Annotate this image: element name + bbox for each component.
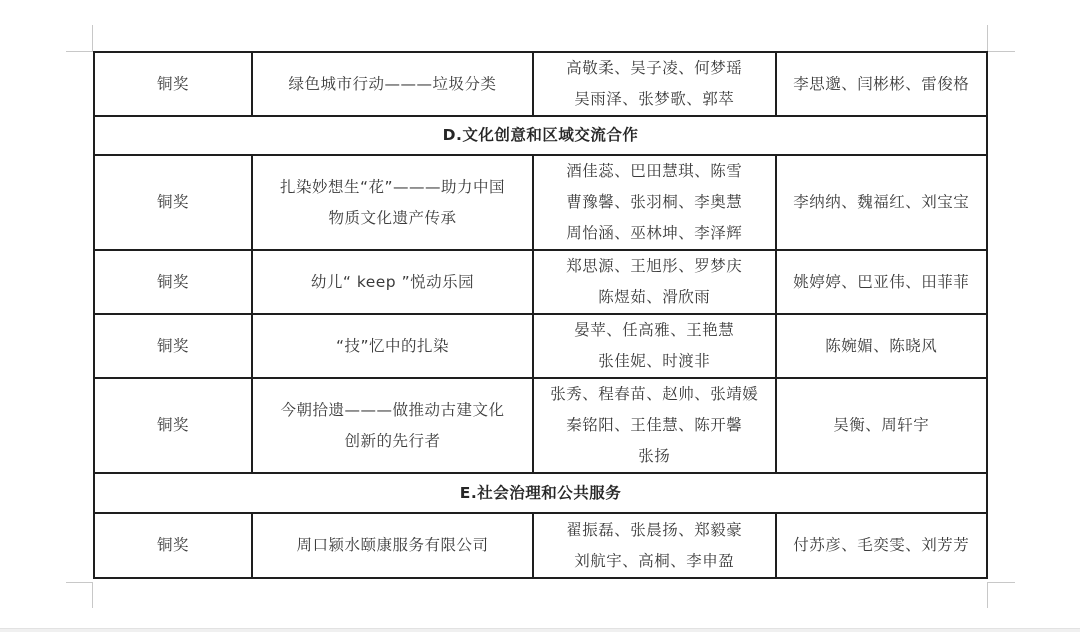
table-row: 铜奖 绿色城市行动———垃圾分类 高敬柔、吴子凌、何梦瑶 吴雨泽、张梦歌、郭萃 … xyxy=(94,52,987,116)
members-cell: 翟振磊、张晨扬、郑毅豪 刘航宇、高桐、李申盈 xyxy=(533,513,776,578)
crop-mark-bottom-left-horizontal xyxy=(66,582,93,583)
crop-mark-top-right-horizontal xyxy=(988,51,1015,52)
award-cell: 铜奖 xyxy=(94,155,252,250)
section-header-row: E.社会治理和公共服务 xyxy=(94,473,987,513)
table-row: 铜奖 幼儿“ keep ”悦动乐园 郑思源、王旭彤、罗梦庆 陈煜茹、滑欣雨 姚婷… xyxy=(94,250,987,314)
awards-table: 铜奖 绿色城市行动———垃圾分类 高敬柔、吴子凌、何梦瑶 吴雨泽、张梦歌、郭萃 … xyxy=(93,51,988,579)
crop-mark-bottom-right-horizontal xyxy=(988,582,1015,583)
crop-mark-top-left-vertical xyxy=(92,25,93,51)
award-cell: 铜奖 xyxy=(94,52,252,116)
award-cell: 铜奖 xyxy=(94,378,252,473)
members-cell: 高敬柔、吴子凌、何梦瑶 吴雨泽、张梦歌、郭萃 xyxy=(533,52,776,116)
crop-mark-bottom-right-vertical xyxy=(987,582,988,608)
award-cell: 铜奖 xyxy=(94,250,252,314)
members-cell: 晏苹、任高雅、王艳慧 张佳妮、时渡非 xyxy=(533,314,776,378)
table-row: 铜奖 周口颍水颐康服务有限公司 翟振磊、张晨扬、郑毅豪 刘航宇、高桐、李申盈 付… xyxy=(94,513,987,578)
advisors-cell: 陈婉媚、陈晓风 xyxy=(776,314,987,378)
award-cell: 铜奖 xyxy=(94,513,252,578)
advisors-cell: 付苏彦、毛奕雯、刘芳芳 xyxy=(776,513,987,578)
members-cell: 酒佳蕊、巴田慧琪、陈雪 曹豫馨、张羽桐、李奥慧 周怡涵、巫林坤、李泽辉 xyxy=(533,155,776,250)
members-cell: 郑思源、王旭彤、罗梦庆 陈煜茹、滑欣雨 xyxy=(533,250,776,314)
section-header-row: D.文化创意和区域交流合作 xyxy=(94,116,987,155)
table-row: 铜奖 扎染妙想生“花”———助力中国 物质文化遗产传承 酒佳蕊、巴田慧琪、陈雪 … xyxy=(94,155,987,250)
table-row: 铜奖 今朝拾遗———做推动古建文化 创新的先行者 张秀、程春苗、赵帅、张靖媛 秦… xyxy=(94,378,987,473)
section-title-d: D.文化创意和区域交流合作 xyxy=(94,116,987,155)
advisors-cell: 李思邈、闫彬彬、雷俊格 xyxy=(776,52,987,116)
project-cell: 周口颍水颐康服务有限公司 xyxy=(252,513,533,578)
table-row: 铜奖 “技”忆中的扎染 晏苹、任高雅、王艳慧 张佳妮、时渡非 陈婉媚、陈晓风 xyxy=(94,314,987,378)
crop-mark-top-left-horizontal xyxy=(66,51,93,52)
award-cell: 铜奖 xyxy=(94,314,252,378)
awards-table-body: 铜奖 绿色城市行动———垃圾分类 高敬柔、吴子凌、何梦瑶 吴雨泽、张梦歌、郭萃 … xyxy=(94,52,987,578)
members-cell: 张秀、程春苗、赵帅、张靖媛 秦铭阳、王佳慧、陈开馨 张扬 xyxy=(533,378,776,473)
advisors-cell: 吴衡、周轩宇 xyxy=(776,378,987,473)
crop-mark-top-right-vertical xyxy=(987,25,988,51)
section-title-e: E.社会治理和公共服务 xyxy=(94,473,987,513)
document-page: 铜奖 绿色城市行动———垃圾分类 高敬柔、吴子凌、何梦瑶 吴雨泽、张梦歌、郭萃 … xyxy=(0,0,1080,632)
viewer-bottom-edge xyxy=(0,628,1080,632)
advisors-cell: 姚婷婷、巴亚伟、田菲菲 xyxy=(776,250,987,314)
project-cell: 扎染妙想生“花”———助力中国 物质文化遗产传承 xyxy=(252,155,533,250)
project-cell: 幼儿“ keep ”悦动乐园 xyxy=(252,250,533,314)
project-cell: “技”忆中的扎染 xyxy=(252,314,533,378)
project-cell: 今朝拾遗———做推动古建文化 创新的先行者 xyxy=(252,378,533,473)
project-cell: 绿色城市行动———垃圾分类 xyxy=(252,52,533,116)
advisors-cell: 李纳纳、魏福红、刘宝宝 xyxy=(776,155,987,250)
crop-mark-bottom-left-vertical xyxy=(92,582,93,608)
